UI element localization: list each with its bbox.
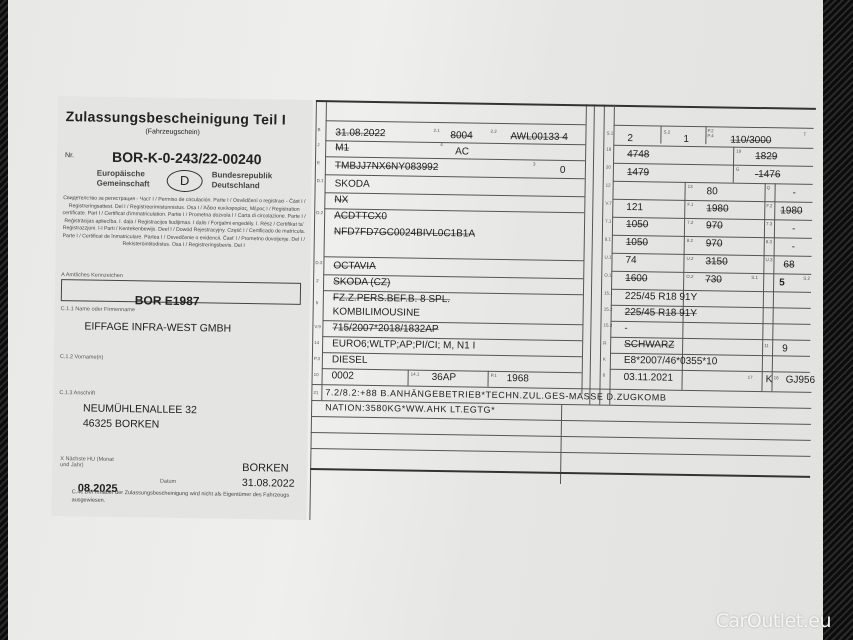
field-20-height: 1479 [627, 167, 649, 178]
label-S1: S.1 [606, 131, 613, 136]
field-F2: 1980 [780, 205, 802, 216]
background-right [823, 0, 853, 640]
field-J: M1 [335, 142, 349, 153]
field-D1-make: SKODA [335, 178, 370, 190]
holder-city: 46325 BORKEN [83, 417, 160, 430]
field-P1-displacement: 1968 [507, 373, 529, 384]
label-7-3: 7.3 [766, 221, 772, 226]
field-F1: 1980 [706, 203, 728, 214]
label-8-2: 8.2 [687, 238, 693, 243]
field-14-emissions: EURO6;WLTP;AP;PI/CI; M, N1 I [332, 338, 475, 351]
label-D1: D.1 [317, 178, 324, 183]
label-J: J [317, 142, 319, 147]
label-2-1: 2.1 [433, 128, 439, 133]
field-7-1: 1050 [626, 219, 648, 230]
label-D2: D.2 [316, 210, 323, 215]
label-19: 19 [736, 149, 741, 154]
field-K-type-approval: E8*2007/46*0355*10 [624, 355, 718, 367]
number-label: Nr. [65, 152, 74, 159]
label-G: G [736, 167, 740, 172]
issue-date: 31.08.2022 [242, 477, 295, 490]
label-3: 3 [533, 161, 536, 166]
label-E: E [317, 160, 320, 165]
label-12: 12 [606, 183, 611, 188]
label-8-1: 8.1 [605, 237, 611, 242]
grid-line [325, 192, 585, 197]
field-S1-seats: 5 [779, 277, 785, 288]
grid-line [407, 370, 408, 386]
field-S1: 2 [627, 133, 633, 144]
watermark-logo: CarOutlet.eu [716, 610, 831, 632]
field-D2-type: NX [334, 194, 348, 205]
date-label: Datum [160, 479, 176, 485]
label-14: 14 [314, 340, 319, 345]
label-D3: D.3 [315, 260, 322, 265]
field-2-manufacturer: SKODA (CZ) [333, 276, 390, 288]
grid-line [589, 104, 595, 404]
field-15-3: - [624, 323, 628, 334]
label-21: 21 [313, 390, 318, 395]
plate-label: A Amtliches Kennzeichen [61, 272, 123, 279]
field-U1: 74 [625, 255, 636, 266]
name-label: C.1.1 Name oder Firmenname [61, 306, 135, 313]
field-O2: 730 [705, 274, 722, 285]
field-7-3: - [792, 224, 796, 235]
label-U2: U.2 [686, 256, 693, 261]
label-V9: V.9 [314, 324, 320, 329]
address-label: C.1.3 Anschrift [59, 390, 95, 397]
label-R: R [603, 341, 606, 346]
field-14-1: 36AP [432, 372, 457, 383]
label-15-1: 15.1 [604, 291, 613, 296]
eu-label: Europäische Gemeinschaft [97, 169, 157, 190]
field-E-vin: TMBJJ7NX6NY083992 [335, 160, 439, 173]
field-8-1: 1050 [626, 237, 648, 248]
field-R-colour: SCHWARZ [624, 339, 674, 351]
label-P3: P.3 [314, 356, 320, 361]
label-T: T [803, 132, 806, 137]
label-6: 6 [603, 373, 606, 378]
grid-line [487, 371, 488, 387]
holder-name: EIFFAGE INFRA-WEST GMBH [84, 320, 231, 334]
label-7-2: 7.2 [687, 220, 693, 225]
field-5-body: KOMBILIMOUSINE [333, 306, 420, 318]
field-17: K [766, 374, 773, 385]
label-U1: U.1 [604, 255, 611, 260]
field-19-width: 1829 [755, 151, 777, 162]
country-code-oval: D [167, 170, 203, 193]
field-11: 9 [782, 343, 788, 354]
field-15-2-tyres: 225/45 R18 91Y [625, 307, 697, 319]
field-15-1-tyres: 225/45 R18 91Y [625, 291, 697, 303]
label-O1: O.1 [604, 273, 611, 278]
label-B: B [317, 127, 320, 132]
label-11: 11 [764, 343, 769, 348]
field-2-1: 8004 [450, 130, 472, 141]
vehicle-data-grid: B 31.08.2022 2.1 8004 2.2 AWL00133 4 J M… [309, 100, 816, 528]
field-4: AC [455, 146, 469, 157]
field-O1: 1600 [625, 273, 647, 284]
field-V7-co2: 121 [626, 202, 643, 213]
grid-line [771, 183, 775, 391]
field-2-2: AWL00133 4 [510, 131, 568, 143]
label-15-2: 15.2 [604, 307, 613, 312]
field-8-2: 970 [706, 238, 723, 249]
label-20: 20 [606, 165, 611, 170]
label-S2: S.2 [663, 130, 670, 135]
field-P2-P4-power: 110/3000 [730, 135, 771, 147]
field-8-3: - [792, 242, 796, 253]
firstname-label: C.1.2 Vorname(n) [60, 354, 104, 361]
field-G-mass: -1476 [755, 169, 781, 180]
document-subtitle: (Fahrzeugschein) [145, 128, 200, 136]
label-S2-standing: S.2 [803, 276, 810, 281]
label-10: 10 [314, 372, 319, 377]
footnote: C.4c Der Inhaber der Zulassungsbescheini… [72, 488, 292, 507]
field-3: 0 [560, 165, 566, 176]
license-plate: BOR E1987 [135, 293, 200, 308]
label-4: 4 [440, 142, 443, 147]
field-D2-variant: ACDTTCX0 [334, 210, 387, 222]
label-S1-seats: S.1 [751, 275, 758, 280]
field-16: GJ956 [786, 374, 816, 385]
field-D2-version: NFD7FD7GC0024BIVL0C1B1A [334, 226, 475, 239]
label-V7: V.7 [605, 201, 611, 206]
field-10: 0002 [332, 370, 354, 381]
field-6-date: 03.11.2021 [624, 372, 673, 384]
grid-line [326, 120, 586, 125]
label-O2: O.2 [686, 274, 693, 279]
issue-place: BORKEN [242, 462, 289, 475]
label-Q: Q [767, 185, 771, 190]
label-16: 16 [774, 375, 779, 380]
document-number: BOR-K-0-243/22-00240 [112, 149, 262, 167]
label-14-1: 14.1 [411, 372, 420, 377]
label-2-2: 2.2 [490, 129, 496, 134]
grid-line [611, 321, 811, 325]
label-17: 17 [748, 375, 753, 380]
label-U3: U.3 [765, 257, 772, 262]
label-F2: F.2 [766, 203, 772, 208]
field-U2: 3150 [705, 256, 727, 267]
label-13: 13 [688, 184, 693, 189]
field-13: 80 [706, 186, 717, 197]
field-7-2: 970 [706, 220, 723, 231]
label-P2-P4: P.2 P.4 [707, 128, 717, 138]
label-15-3: 15.3 [603, 323, 612, 328]
field-18-length: 4748 [627, 149, 649, 160]
country-label: Bundesrepublik Deutschland [212, 170, 292, 191]
field-P3-fuel: DIESEL [332, 354, 368, 366]
translations-text: Свидетелство за регистрация - Част I / P… [60, 195, 309, 251]
label-F1: F.1 [687, 202, 693, 207]
remarks-line-2: NATION:3580KG*WW.AHK LT.EGTG* [325, 402, 495, 415]
grid-line [660, 125, 661, 143]
grid-line [705, 126, 706, 144]
field-D3-model: OCTAVIA [333, 260, 376, 272]
registration-certificate: Zulassungsbescheinigung Teil I (Fahrzeug… [51, 96, 818, 538]
field-B-date: 31.08.2022 [335, 127, 385, 139]
label-K: K [603, 357, 606, 362]
holder-panel: Zulassungsbescheinigung Teil I (Fahrzeug… [51, 96, 313, 520]
label-8-3: 8.3 [766, 239, 772, 244]
grid-line [613, 181, 813, 185]
grid-line [581, 104, 587, 394]
label-P1: P.1 [491, 373, 497, 378]
field-V9-emissions-class: 715/2007*2018/1832AP [332, 322, 438, 335]
label-2: 2 [316, 278, 319, 283]
label-18: 18 [606, 147, 611, 152]
label-5: 5 [316, 300, 319, 305]
field-Q: - [792, 188, 796, 199]
grid-line [321, 100, 327, 400]
field-5-class: FZ.Z.PERS.BEF.B. 8 SPL. [333, 292, 450, 305]
field-S2: 1 [683, 134, 689, 145]
next-inspection-label: X Nächste HU (Monat und Jahr) [60, 456, 120, 469]
document-title: Zulassungsbescheinigung Teil I [66, 108, 287, 127]
holder-street: NEUMÜHLENALLEE 32 [83, 402, 197, 416]
label-7-1: 7.1 [605, 219, 611, 224]
field-U3: 68 [783, 259, 794, 270]
grid-line [761, 183, 765, 391]
